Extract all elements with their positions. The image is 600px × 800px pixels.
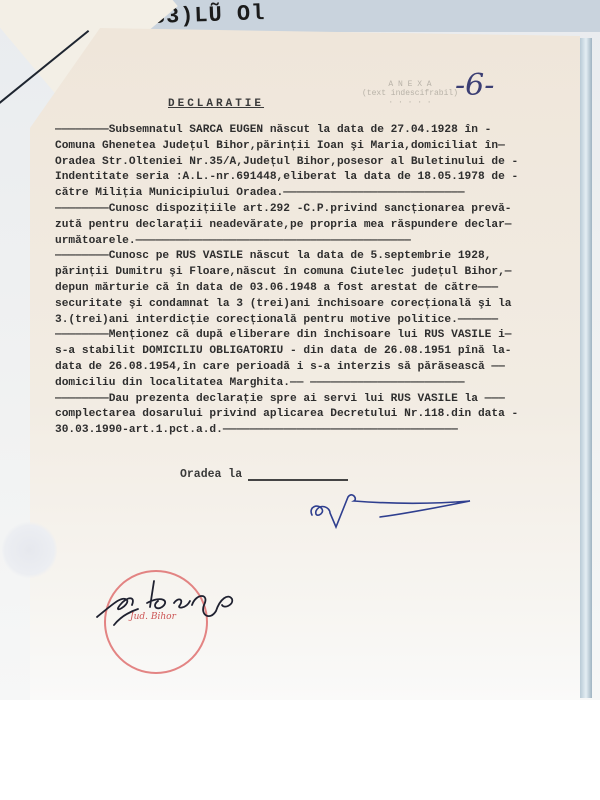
paragraph-identity: ————————Subsemnatul SARCA EUGEN născut l…	[55, 123, 595, 202]
document-photo: DOL(33)LŨ Ol A N E X A (text indescifrab…	[0, 0, 600, 700]
paragraph-domicile: ————————Menționez că după eliberare din …	[55, 328, 595, 391]
text-line: domiciliu din localitatea Marghita.—— ——…	[55, 376, 595, 392]
text-line: Indentitate seria :A.L.-nr.691448,eliber…	[55, 170, 595, 186]
page-number: -6-	[455, 68, 494, 103]
text-line: ————————Dau prezenta declarație spre ai …	[55, 392, 595, 408]
text-line: 3.(trei)ani interdicție corecțională pen…	[55, 313, 595, 329]
faint-stamp-mark	[2, 520, 57, 580]
text-line: către Miliția Municipiului Oradea.——————…	[55, 186, 595, 202]
text-line: Comuna Ghenetea Județul Bihor,părinții I…	[55, 139, 595, 155]
text-line: securitate şi condamnat la 3 (trei)ani î…	[55, 297, 595, 313]
text-line: următoarele.————————————————————————————…	[55, 234, 595, 250]
text-line: depun mărturie că în data de 03.06.1948 …	[55, 281, 595, 297]
text-line: părinții Dumitru şi Floare,născut în com…	[55, 265, 595, 281]
place-date-line: Oradea la	[180, 468, 348, 481]
place-label: Oradea la	[180, 468, 242, 481]
paragraph-legal-notice: ————————Cunosc dispozițiile art.292 -C.P…	[55, 202, 595, 249]
paragraph-testimony: ————————Cunosc pe RUS VASILE născut la d…	[55, 249, 595, 328]
text-line: ————————Cunosc pe RUS VASILE născut la d…	[55, 249, 595, 265]
text-line: 30.03.1990-art.1.pct.a.d.———————————————…	[55, 423, 595, 439]
text-line: Oradea Str.Olteniei Nr.35/A,Județul Biho…	[55, 155, 595, 171]
text-line: ————————Menționez că după eliberare din …	[55, 328, 595, 344]
text-line: ————————Subsemnatul SARCA EUGEN născut l…	[55, 123, 595, 139]
official-signature-icon	[92, 575, 252, 635]
text-line: ————————Cunosc dispozițiile art.292 -C.P…	[55, 202, 595, 218]
paragraph-purpose: ————————Dau prezenta declarație spre ai …	[55, 392, 595, 439]
declaration-body: ————————Subsemnatul SARCA EUGEN născut l…	[55, 123, 595, 439]
declarant-signature-icon	[300, 485, 480, 530]
text-line: zută pentru declarații neadevărate,pe pr…	[55, 218, 595, 234]
text-line: data de 26.08.1954,în care perioadă i s-…	[55, 360, 595, 376]
date-blank	[248, 469, 348, 481]
text-line: complectarea dosarului privind aplicarea…	[55, 407, 595, 423]
document-title: DECLARATIE	[168, 98, 264, 110]
text-line: s-a stabilit DOMICILIU OBLIGATORIU - din…	[55, 344, 595, 360]
